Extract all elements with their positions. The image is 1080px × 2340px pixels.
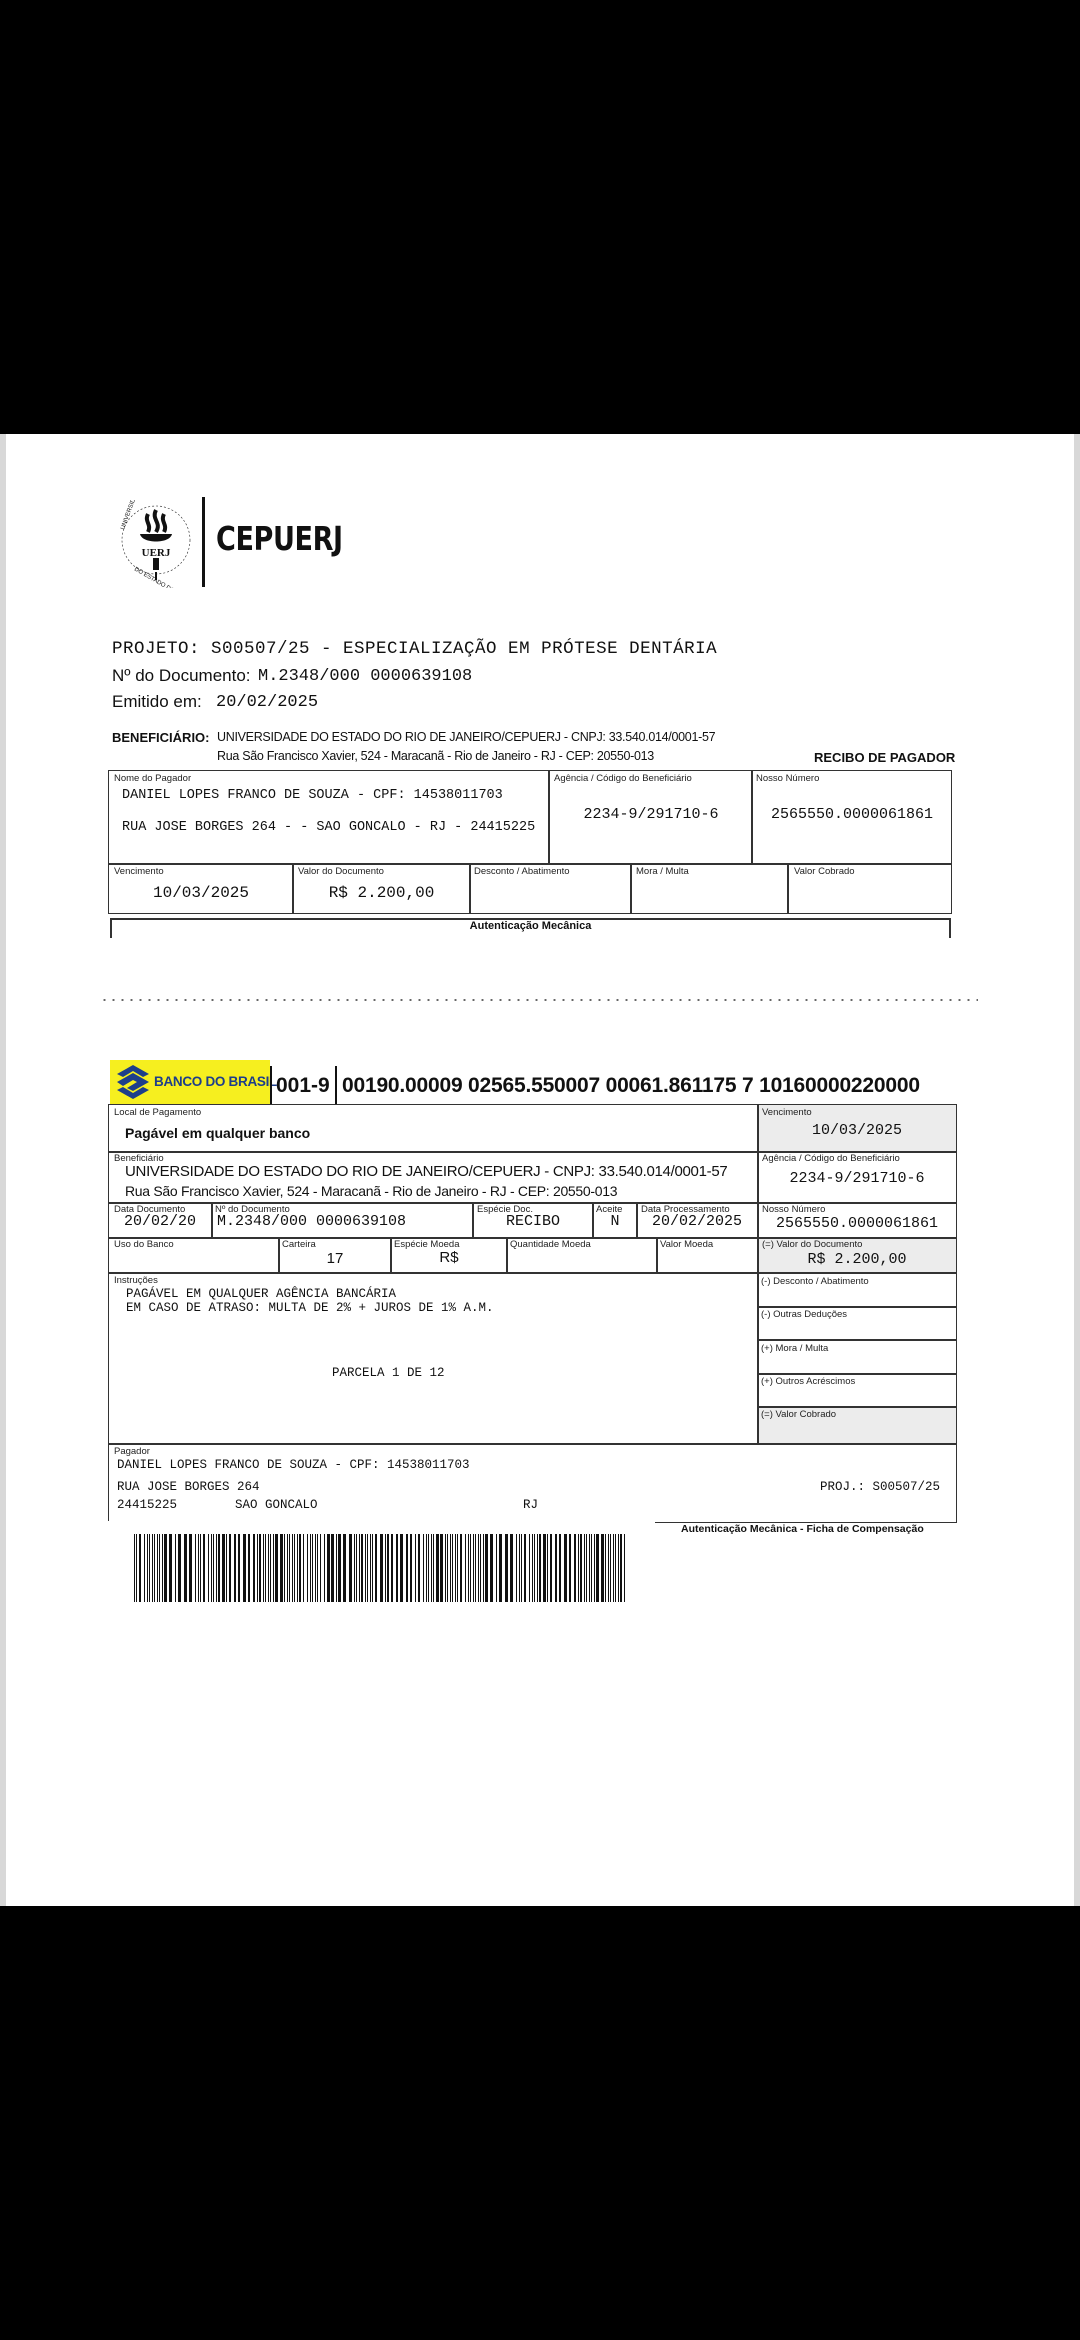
penalty-label: Mora / Multa: [636, 866, 689, 877]
slip-auth-label: Autenticação Mecânica - Ficha de Compens…: [681, 1523, 924, 1535]
our-number-value: 2565550.0000061861: [753, 806, 951, 823]
doc-number-label: Nº do Documento:: [112, 666, 251, 686]
slip-payer-zip: 24415225: [117, 1498, 177, 1512]
slip-payer-label: Pagador: [114, 1446, 150, 1457]
payment-place-label: Local de Pagamento: [114, 1107, 201, 1118]
slip-due-value: 10/03/2025: [758, 1122, 956, 1139]
payment-place-value: Pagável em qualquer banco: [125, 1125, 310, 1141]
slip-discount-label: (-) Desconto / Abatimento: [761, 1276, 869, 1287]
doc-amount-value: R$ 2.200,00: [758, 1251, 956, 1268]
slip-doc-number-value: M.2348/000 0000639108: [217, 1213, 406, 1230]
issued-value: 20/02/2025: [216, 693, 318, 712]
slip-payer-project: PROJ.: S00507/25: [820, 1480, 940, 1494]
slip-our-number-value: 2565550.0000061861: [758, 1215, 956, 1232]
project-line: PROJETO: S00507/25 - ESPECIALIZAÇÃO EM P…: [112, 639, 717, 659]
slip-payer-city: SAO GONCALO: [235, 1498, 318, 1512]
agency-label: Agência / Código do Beneficiário: [554, 773, 692, 784]
beneficiary-line2: Rua São Francisco Xavier, 524 - Maracanã…: [217, 749, 654, 763]
slip-agency-label: Agência / Código do Beneficiário: [762, 1153, 900, 1164]
bank-use-label: Uso do Banco: [114, 1239, 174, 1250]
installment: PARCELA 1 DE 12: [332, 1366, 445, 1380]
slip-charged-label: (=) Valor Cobrado: [761, 1409, 836, 1420]
receipt-auth-label: Autenticação Mecânica: [110, 920, 951, 932]
beneficiary-line1: UNIVERSIDADE DO ESTADO DO RIO DE JANEIRO…: [217, 730, 715, 744]
amount-label: Valor do Documento: [298, 866, 384, 877]
instruction-1: PAGÁVEL EM QUALQUER AGÊNCIA BANCÁRIA: [126, 1287, 396, 1301]
doc-date-value: 20/02/20: [110, 1213, 210, 1230]
wallet-value: 17: [280, 1250, 390, 1267]
instruction-2: EM CASO DE ATRASO: MULTA DE 2% + JUROS D…: [126, 1301, 494, 1315]
payer-name-label: Nome do Pagador: [114, 773, 191, 784]
wallet-label: Carteira: [282, 1239, 316, 1250]
slip-payer-state: RJ: [523, 1498, 538, 1512]
doc-type-value: RECIBO: [474, 1213, 592, 1230]
accept-value: N: [594, 1213, 636, 1230]
processing-date-value: 20/02/2025: [638, 1213, 756, 1230]
charged-label: Valor Cobrado: [794, 866, 855, 877]
cepuerj-logo-text: CEPUERJ: [216, 519, 343, 558]
slip-beneficiary-line2: Rua São Francisco Xavier, 524 - Maracanã…: [125, 1183, 617, 1199]
doc-number-value: M.2348/000 0000639108: [258, 667, 472, 686]
payer-name: DANIEL LOPES FRANCO DE SOUZA - CPF: 1453…: [122, 788, 503, 803]
page-edge-right[interactable]: [1074, 434, 1080, 1906]
doc-amount-label: (=) Valor do Documento: [762, 1239, 862, 1250]
slip-beneficiary-line1: UNIVERSIDADE DO ESTADO DO RIO DE JANEIRO…: [125, 1163, 727, 1180]
our-number-label: Nosso Número: [756, 773, 819, 784]
agency-value: 2234-9/291710-6: [552, 806, 750, 823]
other-deductions-label: (-) Outras Deduções: [761, 1309, 847, 1320]
bank-code: 001-9: [276, 1074, 330, 1098]
barcode: [134, 1534, 627, 1602]
instructions-label: Instruções: [114, 1275, 158, 1286]
currency-value: R$: [392, 1249, 506, 1266]
svg-text:UNIVERSIDADE: UNIVERSIDADE: [120, 500, 141, 531]
slip-due-label: Vencimento: [762, 1107, 812, 1118]
other-additions-label: (+) Outros Acréscimos: [761, 1376, 855, 1387]
currency-amount-label: Valor Moeda: [660, 1239, 713, 1250]
slip-agency-value: 2234-9/291710-6: [758, 1170, 956, 1187]
logo-divider: [202, 497, 205, 587]
svg-text:DO ESTADO DO RIO: DO ESTADO DO RIO: [133, 567, 186, 588]
bank-name: BANCO DO BRASIL: [154, 1074, 277, 1089]
issued-label: Emitido em:: [112, 692, 202, 712]
cut-line: [100, 999, 978, 1001]
svg-text:UERJ: UERJ: [142, 547, 171, 559]
slip-payer-name: DANIEL LOPES FRANCO DE SOUZA - CPF: 1453…: [117, 1458, 470, 1472]
receipt-title: RECIBO DE PAGADOR: [814, 750, 955, 765]
payer-address: RUA JOSE BORGES 264 - - SAO GONCALO - RJ…: [122, 820, 535, 835]
slip-penalty-label: (+) Mora / Multa: [761, 1343, 828, 1354]
quantity-label: Quantidade Moeda: [510, 1239, 591, 1250]
beneficiary-label: BENEFICIÁRIO:: [112, 730, 210, 745]
banco-do-brasil-icon: [116, 1064, 150, 1100]
digitable-line[interactable]: 00190.00009 02565.550007 00061.861175 7 …: [342, 1074, 920, 1098]
due-value: 10/03/2025: [110, 884, 292, 902]
slip-our-number-label: Nosso Número: [762, 1204, 825, 1215]
due-label: Vencimento: [114, 866, 164, 877]
slip-payer-street: RUA JOSE BORGES 264: [117, 1480, 260, 1494]
amount-value: R$ 2.200,00: [294, 884, 469, 902]
uerj-seal-icon: UERJ UNIVERSIDADE DO ESTADO DO RIO: [118, 500, 194, 588]
discount-label: Desconto / Abatimento: [474, 866, 570, 877]
